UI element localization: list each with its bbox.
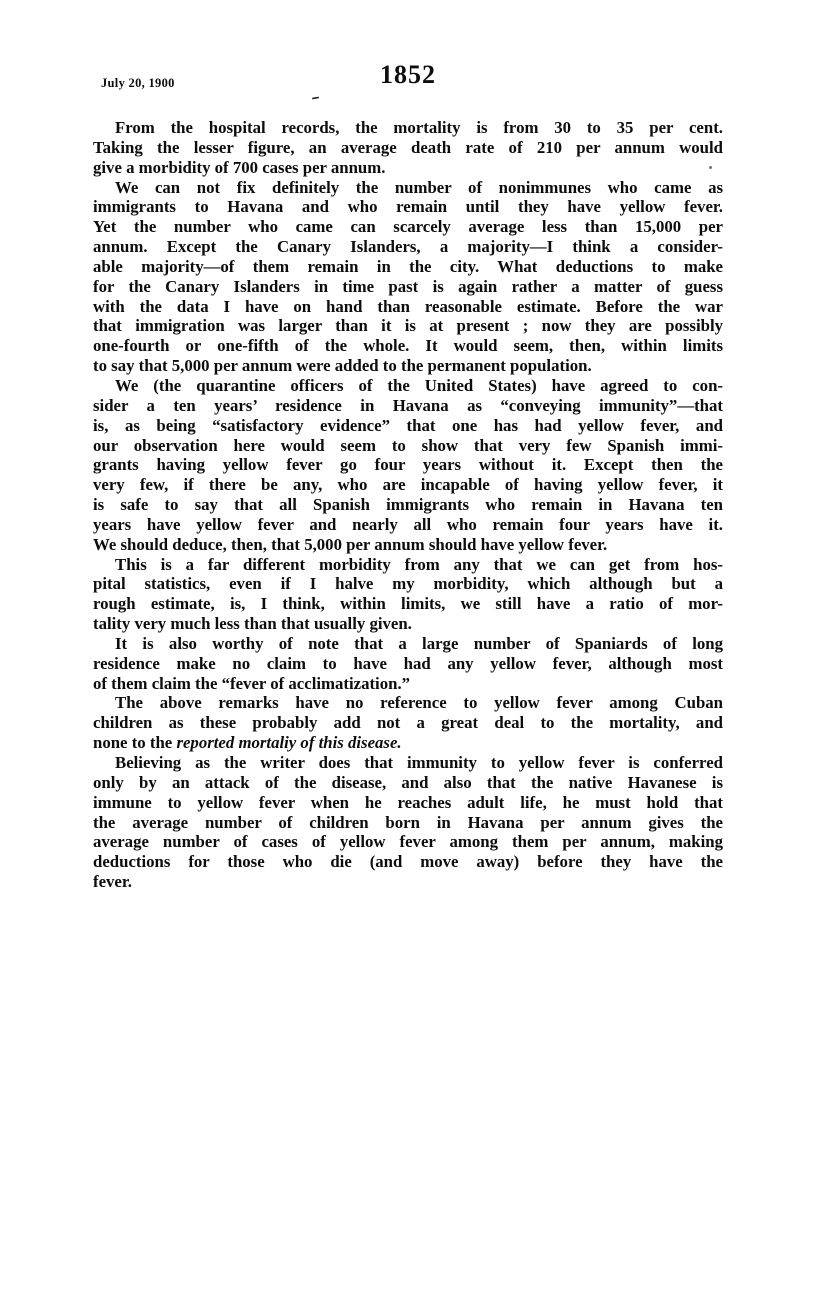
text-line: only by an attack of the disease, and al… (93, 773, 723, 793)
paragraph-6: The above remarks have no reference to y… (93, 693, 723, 753)
text-line: children as these probably add not a gre… (93, 713, 723, 733)
text-line: From the hospital records, the mortality… (93, 118, 723, 138)
paragraph-4: This is a far different morbidity from a… (93, 555, 723, 634)
text-line: We should deduce, then, that 5,000 per a… (93, 535, 723, 555)
text-line: average number of cases of yellow fever … (93, 832, 723, 852)
text-line: sider a ten years’ residence in Havana a… (93, 396, 723, 416)
text-line: is, as being “satisfactory evidence” tha… (93, 416, 723, 436)
text-segment: none to the (93, 733, 176, 752)
text-line: is safe to say that all Spanish immigran… (93, 495, 723, 515)
document-page: July 20, 1900 1852 From the hospital rec… (0, 0, 816, 1296)
text-line: Yet the number who came can scarcely ave… (93, 217, 723, 237)
text-line: We can not fix definitely the number of … (93, 178, 723, 198)
text-line: grants having yellow fever go four years… (93, 455, 723, 475)
text-line: fever. (93, 872, 723, 892)
text-line: Believing as the writer does that immuni… (93, 753, 723, 773)
text-line: very few, if there be any, who are incap… (93, 475, 723, 495)
text-line: We (the quarantine officers of the Unite… (93, 376, 723, 396)
paragraph-2: We can not fix definitely the number of … (93, 178, 723, 376)
text-line: deductions for those who die (and move a… (93, 852, 723, 872)
italic-text-segment: reported mortaliy of this disease. (176, 733, 401, 752)
text-line: able majority—of them remain in the city… (93, 257, 723, 277)
text-line: years have yellow fever and nearly all w… (93, 515, 723, 535)
text-line: that immigration was larger than it is a… (93, 316, 723, 336)
paragraph-5: It is also worthy of note that a large n… (93, 634, 723, 694)
text-line: none to the reported mortaliy of this di… (93, 733, 723, 753)
text-line: rough estimate, is, I think, within limi… (93, 594, 723, 614)
text-line: The above remarks have no reference to y… (93, 693, 723, 713)
text-line: the average number of children born in H… (93, 813, 723, 833)
text-line: for the Canary Islanders in time past is… (93, 277, 723, 297)
text-line: to say that 5,000 per annum were added t… (93, 356, 723, 376)
page-number: 1852 (0, 60, 816, 90)
text-line: pital statistics, even if I halve my mor… (93, 574, 723, 594)
text-line: This is a far different morbidity from a… (93, 555, 723, 575)
text-line: one-fourth or one-fifth of the whole. It… (93, 336, 723, 356)
text-line: tality very much less than that usually … (93, 614, 723, 634)
text-line: It is also worthy of note that a large n… (93, 634, 723, 654)
body-text: From the hospital records, the mortality… (93, 118, 723, 892)
text-line: residence make no claim to have had any … (93, 654, 723, 674)
paragraph-1: From the hospital records, the mortality… (93, 118, 723, 178)
text-line: of them claim the “fever of acclimatizat… (93, 674, 723, 694)
text-line: with the data I have on hand than reason… (93, 297, 723, 317)
text-line: annum. Except the Canary Islanders, a ma… (93, 237, 723, 257)
text-line: give a morbidity of 700 cases per annum. (93, 158, 723, 178)
paragraph-7: Believing as the writer does that immuni… (93, 753, 723, 892)
text-line: Taking the lesser figure, an average dea… (93, 138, 723, 158)
paragraph-3: We (the quarantine officers of the Unite… (93, 376, 723, 555)
text-line: our observation here would seem to show … (93, 436, 723, 456)
ink-artifact-dash (312, 96, 319, 99)
text-line: immigrants to Havana and who remain unti… (93, 197, 723, 217)
text-line: immune to yellow fever when he reaches a… (93, 793, 723, 813)
